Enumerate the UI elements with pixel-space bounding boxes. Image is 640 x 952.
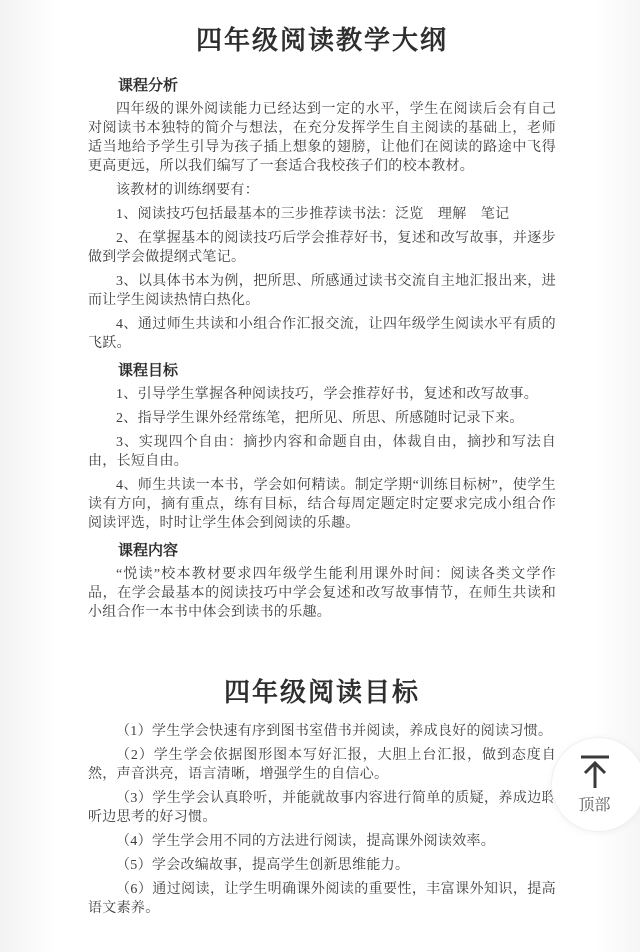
list-item: （4）学生学会用不同的方法进行阅读，提高课外阅读效率。 (88, 832, 556, 851)
list-item: 2、在掌握基本的阅读技巧后学会推荐好书，复述和改写故事，并逐步做到学会做提纲式笔… (88, 229, 556, 267)
paragraph: “悦读”校本教材要求四年级学生能利用课外时间：阅读各类文学作品，在学会最基本的阅… (88, 565, 556, 622)
document-body: 四年级阅读教学大纲 课程分析 四年级的课外阅读能力已经达到一定的水平，学生在阅读… (0, 0, 640, 918)
paragraph: 该教材的训练纲要有： (88, 181, 556, 200)
top-arrow-icon (578, 754, 612, 790)
section-heading-course-goals: 课程目标 (88, 363, 556, 380)
page-title-reading-goals: 四年级阅读目标 (88, 676, 556, 710)
list-item: 3、实现四个自由：摘抄内容和命题自由，体裁自由，摘抄和写法自由，长短自由。 (88, 433, 556, 471)
page-background: 四年级阅读教学大纲 课程分析 四年级的课外阅读能力已经达到一定的水平，学生在阅读… (0, 0, 640, 952)
list-item: 1、引导学生掌握各种阅读技巧，学会推荐好书，复述和改写故事。 (88, 385, 556, 404)
list-item: （3）学生学会认真聆听，并能就故事内容进行简单的质疑，养成边聆听边思考的好习惯。 (88, 789, 556, 827)
list-item: （6）通过阅读，让学生明确课外阅读的重要性，丰富课外知识，提高语文素养。 (88, 880, 556, 918)
list-item: （1）学生学会快速有序到图书室借书并阅读，养成良好的阅读习惯。 (88, 722, 556, 741)
list-item: 2、指导学生课外经常练笔，把所见、所思、所感随时记录下来。 (88, 409, 556, 428)
back-to-top-label: 顶部 (578, 792, 610, 815)
list-item: （2）学生学会依据图形图本写好汇报，大胆上台汇报，做到态度自然，声音洪亮，语言清… (88, 746, 556, 784)
paragraph: 四年级的课外阅读能力已经达到一定的水平，学生在阅读后会有自己对阅读书本独特的简介… (88, 100, 556, 176)
list-item: （5）学会改编故事，提高学生创新思维能力。 (88, 856, 556, 875)
section-heading-course-analysis: 课程分析 (88, 78, 556, 95)
page-title-syllabus: 四年级阅读教学大纲 (88, 24, 556, 58)
list-item: 4、师生共读一本书，学会如何精读。制定学期“训练目标树”，使学生读有方向，摘有重… (88, 476, 556, 533)
list-item: 3、以具体书本为例，把所思、所感通过读书交流自主地汇报出来，进而让学生阅读热情白… (88, 272, 556, 310)
list-item: 1、阅读技巧包括最基本的三步推荐读书法：泛览 理解 笔记 (88, 205, 556, 224)
list-item: 4、通过师生共读和小组合作汇报交流，让四年级学生阅读水平有质的飞跃。 (88, 315, 556, 353)
back-to-top-button[interactable]: 顶部 (551, 737, 640, 832)
section-heading-course-content: 课程内容 (88, 543, 556, 560)
